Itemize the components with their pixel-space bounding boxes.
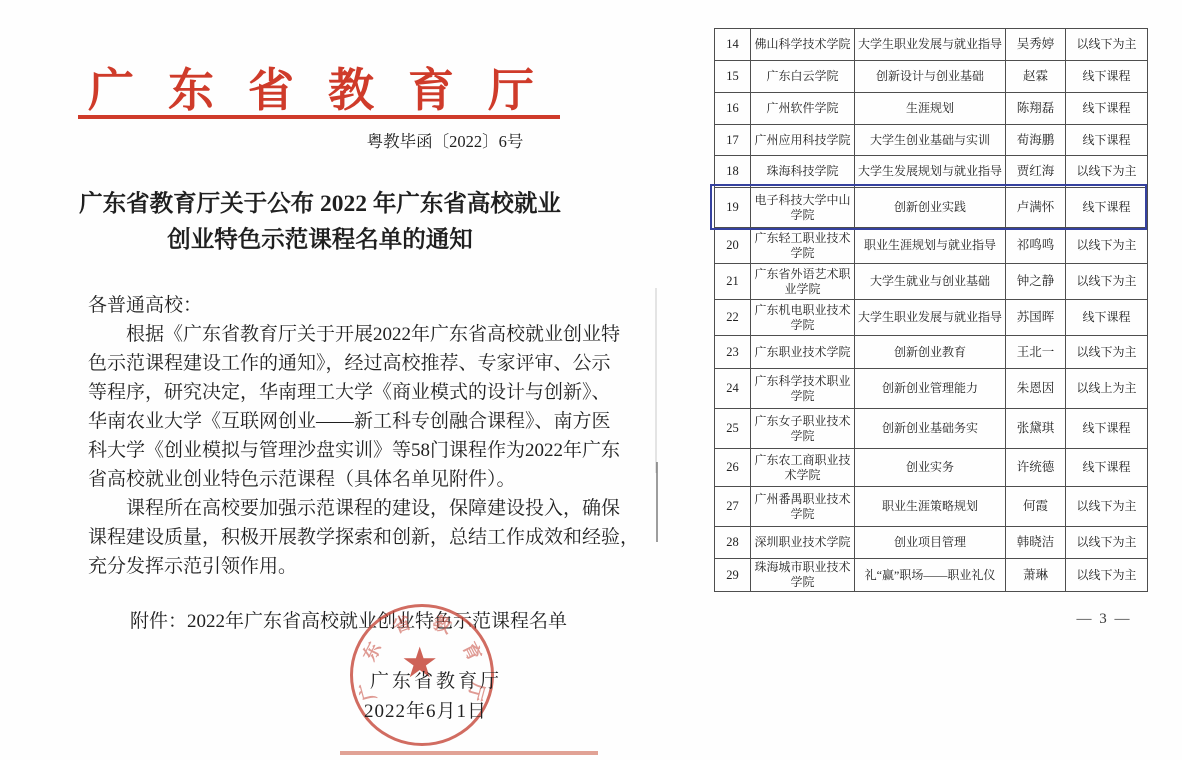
cell-school: 广东轻工职业技术学院 bbox=[751, 228, 855, 264]
cell-mode: 线下课程 bbox=[1066, 93, 1148, 125]
cell-mode: 以线下为主 bbox=[1066, 264, 1148, 300]
cell-course: 大学生就业与创业基础 bbox=[855, 264, 1006, 300]
cell-mode: 线下课程 bbox=[1066, 409, 1148, 449]
cell-mode: 以线下为主 bbox=[1066, 29, 1148, 61]
table-row: 18 珠海科技学院 大学生发展规划与就业指导 贾红海 以线下为主 bbox=[715, 156, 1148, 188]
cell-course: 礼“赢”职场——职业礼仪 bbox=[855, 559, 1006, 592]
row-19-highlight-box bbox=[710, 184, 1147, 230]
cell-school: 广东女子职业技术学院 bbox=[751, 409, 855, 449]
body-line: 充分发挥示范引领作用。 bbox=[88, 552, 593, 581]
letterhead-red-rule bbox=[78, 115, 560, 119]
cell-teacher: 萧琳 bbox=[1006, 559, 1066, 592]
cell-row-number: 16 bbox=[715, 93, 751, 125]
cell-row-number: 20 bbox=[715, 228, 751, 264]
cell-course: 创新创业管理能力 bbox=[855, 369, 1006, 409]
body-line: 华南农业大学《互联网创业——新工科专创融合课程》、南方医 bbox=[88, 407, 593, 436]
table-row: 16 广州软件学院 生涯规划 陈翔磊 线下课程 bbox=[715, 93, 1148, 125]
cell-school: 广东科学技术职业学院 bbox=[751, 369, 855, 409]
cell-course: 大学生职业发展与就业指导 bbox=[855, 29, 1006, 61]
cell-course: 创新设计与创业基础 bbox=[855, 61, 1006, 93]
cell-teacher: 朱恩因 bbox=[1006, 369, 1066, 409]
cell-teacher: 陈翔磊 bbox=[1006, 93, 1066, 125]
cell-course: 大学生职业发展与就业指导 bbox=[855, 300, 1006, 336]
cell-course: 创新创业教育 bbox=[855, 336, 1006, 369]
table-row: 23 广东职业技术学院 创新创业教育 王北一 以线下为主 bbox=[715, 336, 1148, 369]
cell-school: 广州番禺职业技术学院 bbox=[751, 487, 855, 527]
bottom-red-line bbox=[340, 751, 598, 755]
cell-row-number: 29 bbox=[715, 559, 751, 592]
cell-teacher: 何霞 bbox=[1006, 487, 1066, 527]
body-line: 根据《广东省教育厅关于开展2022年广东省高校就业创业特 bbox=[88, 320, 593, 349]
body-line: 等程序，研究决定，华南理工大学《商业模式的设计与创新》、 bbox=[88, 378, 593, 407]
signature: 广东省教育厅 bbox=[370, 666, 502, 693]
page-number: — 3 — bbox=[1056, 611, 1152, 628]
cell-course: 大学生创业基础与实训 bbox=[855, 125, 1006, 156]
cell-teacher: 钟之静 bbox=[1006, 264, 1066, 300]
cell-school: 珠海科技学院 bbox=[751, 156, 855, 188]
table-row: 14 佛山科学技术学院 大学生职业发展与就业指导 吴秀婷 以线下为主 bbox=[715, 29, 1148, 61]
cell-teacher: 张黛琪 bbox=[1006, 409, 1066, 449]
seal-arc-char: 教 bbox=[429, 608, 455, 639]
body-line: 科大学《创业模拟与管理沙盘实训》等58门课程作为2022年广东 bbox=[88, 436, 593, 465]
cell-course: 职业生涯策略规划 bbox=[855, 487, 1006, 527]
cell-school: 珠海城市职业技术学院 bbox=[751, 559, 855, 592]
seal-arc-char: 省 bbox=[389, 608, 415, 639]
cell-teacher: 韩晓洁 bbox=[1006, 527, 1066, 559]
attachment-line: 附件：2022年广东省高校就业创业特色示范课程名单 bbox=[130, 606, 567, 633]
cell-course: 职业生涯规划与就业指导 bbox=[855, 228, 1006, 264]
course-table: 14 佛山科学技术学院 大学生职业发展与就业指导 吴秀婷 以线下为主 15 广东… bbox=[714, 28, 1148, 592]
cell-school: 广东白云学院 bbox=[751, 61, 855, 93]
table-row: 21 广东省外语艺术职业学院 大学生就业与创业基础 钟之静 以线下为主 bbox=[715, 264, 1148, 300]
cell-mode: 以线下为主 bbox=[1066, 559, 1148, 592]
cell-teacher: 赵霖 bbox=[1006, 61, 1066, 93]
cell-school: 佛山科学技术学院 bbox=[751, 29, 855, 61]
cell-teacher: 许统德 bbox=[1006, 449, 1066, 487]
cell-teacher: 祁鸣鸣 bbox=[1006, 228, 1066, 264]
table-row: 27 广州番禺职业技术学院 职业生涯策略规划 何霞 以线下为主 bbox=[715, 487, 1148, 527]
cell-school: 广州应用科技学院 bbox=[751, 125, 855, 156]
cell-school: 广东农工商职业技术学院 bbox=[751, 449, 855, 487]
table-row: 24 广东科学技术职业学院 创新创业管理能力 朱恩因 以线上为主 bbox=[715, 369, 1148, 409]
seal-arc-char: 东 bbox=[356, 637, 387, 665]
cell-course: 创新创业基础务实 bbox=[855, 409, 1006, 449]
cell-mode: 以线上为主 bbox=[1066, 369, 1148, 409]
cell-teacher: 王北一 bbox=[1006, 336, 1066, 369]
doc-title: 广东省教育厅关于公布 2022 年广东省高校就业 创业特色示范课程名单的通知 bbox=[40, 186, 600, 258]
fold-line bbox=[655, 288, 657, 473]
cell-mode: 以线下为主 bbox=[1066, 228, 1148, 264]
table-row: 22 广东机电职业技术学院 大学生职业发展与就业指导 苏国晖 线下课程 bbox=[715, 300, 1148, 336]
cell-row-number: 22 bbox=[715, 300, 751, 336]
cell-course: 创业实务 bbox=[855, 449, 1006, 487]
cell-row-number: 21 bbox=[715, 264, 751, 300]
cell-teacher: 贾红海 bbox=[1006, 156, 1066, 188]
cell-teacher: 苏国晖 bbox=[1006, 300, 1066, 336]
table-row: 28 深圳职业技术学院 创业项目管理 韩晓洁 以线下为主 bbox=[715, 527, 1148, 559]
cell-school: 广东机电职业技术学院 bbox=[751, 300, 855, 336]
cell-row-number: 18 bbox=[715, 156, 751, 188]
cell-row-number: 14 bbox=[715, 29, 751, 61]
cell-mode: 以线下为主 bbox=[1066, 156, 1148, 188]
cell-course: 大学生发展规划与就业指导 bbox=[855, 156, 1006, 188]
seal-arc-char: 育 bbox=[457, 637, 488, 665]
doc-title-line1: 广东省教育厅关于公布 2022 年广东省高校就业 bbox=[40, 186, 600, 222]
agency-title: 广东省教育厅 bbox=[88, 54, 588, 120]
cell-mode: 线下课程 bbox=[1066, 61, 1148, 93]
table-row: 25 广东女子职业技术学院 创新创业基础务实 张黛琪 线下课程 bbox=[715, 409, 1148, 449]
cell-row-number: 24 bbox=[715, 369, 751, 409]
cell-course: 创业项目管理 bbox=[855, 527, 1006, 559]
table-row: 26 广东农工商职业技术学院 创业实务 许统德 线下课程 bbox=[715, 449, 1148, 487]
cell-row-number: 15 bbox=[715, 61, 751, 93]
cell-course: 生涯规划 bbox=[855, 93, 1006, 125]
cell-mode: 线下课程 bbox=[1066, 125, 1148, 156]
table-row: 29 珠海城市职业技术学院 礼“赢”职场——职业礼仪 萧琳 以线下为主 bbox=[715, 559, 1148, 592]
doc-body: 各普通高校：根据《广东省教育厅关于开展2022年广东省高校就业创业特色示范课程建… bbox=[88, 291, 593, 581]
doc-number: 粤教毕函〔2022〕6号 bbox=[355, 128, 535, 152]
table-row: 15 广东白云学院 创新设计与创业基础 赵霖 线下课程 bbox=[715, 61, 1148, 93]
cell-mode: 以线下为主 bbox=[1066, 487, 1148, 527]
cell-teacher: 荀海鹏 bbox=[1006, 125, 1066, 156]
body-line: 省高校就业创业特色示范课程（具体名单见附件）。 bbox=[88, 465, 593, 494]
table-row: 20 广东轻工职业技术学院 职业生涯规划与就业指导 祁鸣鸣 以线下为主 bbox=[715, 228, 1148, 264]
cell-mode: 以线下为主 bbox=[1066, 527, 1148, 559]
cell-mode: 线下课程 bbox=[1066, 449, 1148, 487]
cell-row-number: 26 bbox=[715, 449, 751, 487]
cell-row-number: 28 bbox=[715, 527, 751, 559]
cell-school: 广东职业技术学院 bbox=[751, 336, 855, 369]
cell-row-number: 17 bbox=[715, 125, 751, 156]
body-line: 各普通高校： bbox=[88, 291, 593, 320]
cell-teacher: 吴秀婷 bbox=[1006, 29, 1066, 61]
cell-row-number: 27 bbox=[715, 487, 751, 527]
cell-row-number: 25 bbox=[715, 409, 751, 449]
signature-date: 2022年6月1日 bbox=[364, 696, 487, 723]
cell-mode: 线下课程 bbox=[1066, 300, 1148, 336]
body-line: 色示范课程建设工作的通知》，经过高校推荐、专家评审、公示 bbox=[88, 349, 593, 378]
doc-title-line2: 创业特色示范课程名单的通知 bbox=[40, 222, 600, 258]
table-row: 17 广州应用科技学院 大学生创业基础与实训 荀海鹏 线下课程 bbox=[715, 125, 1148, 156]
cell-mode: 以线下为主 bbox=[1066, 336, 1148, 369]
cell-school: 广东省外语艺术职业学院 bbox=[751, 264, 855, 300]
body-line: 课程所在高校要加强示范课程的建设，保障建设投入，确保 bbox=[88, 494, 593, 523]
cell-school: 深圳职业技术学院 bbox=[751, 527, 855, 559]
body-line: 课程建设质量，积极开展教学探索和创新，总结工作成效和经验， bbox=[88, 523, 593, 552]
cell-school: 广州软件学院 bbox=[751, 93, 855, 125]
fold-line bbox=[656, 462, 658, 542]
cell-row-number: 23 bbox=[715, 336, 751, 369]
